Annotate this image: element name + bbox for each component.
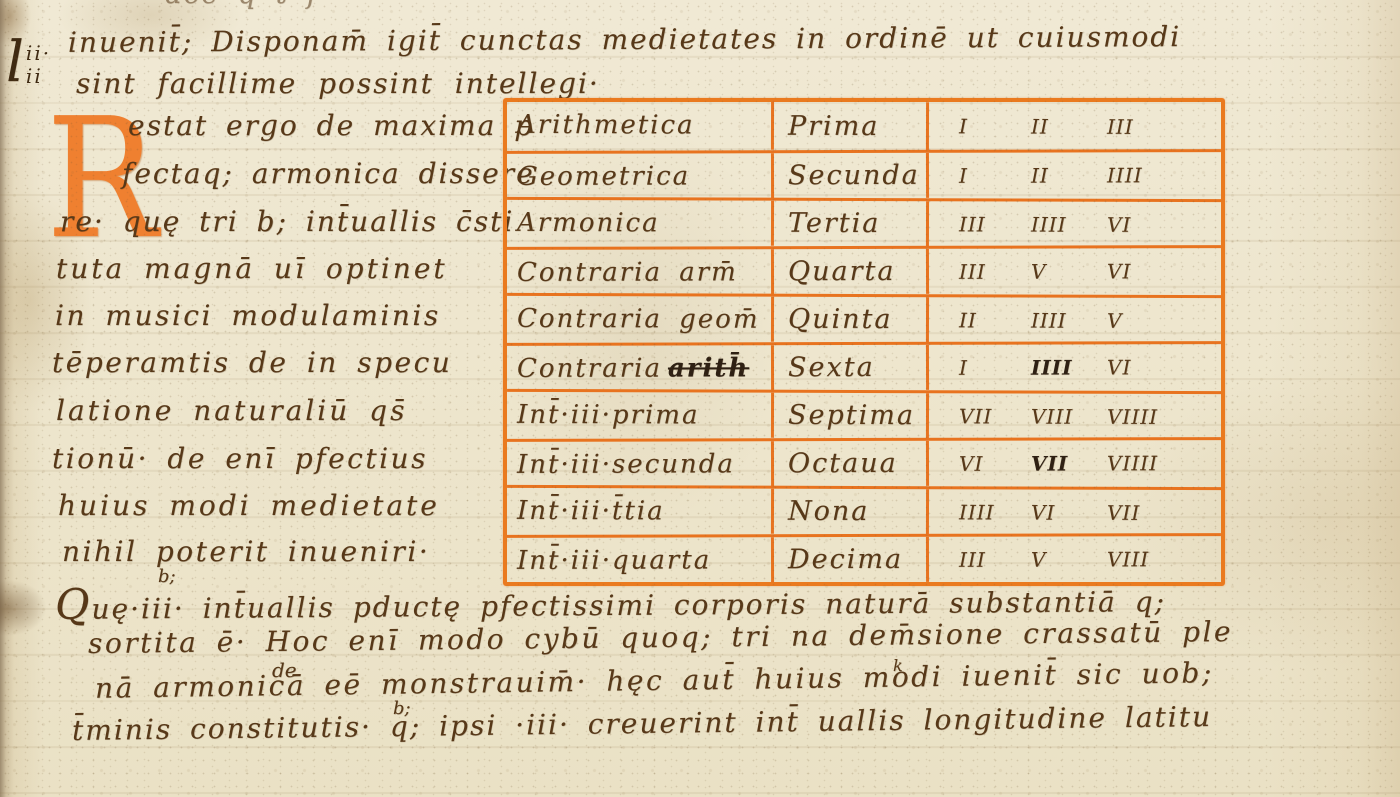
roman-numeral: VIII <box>1031 404 1073 428</box>
manuscript-page: ace q̄ t ſ l ii· ii inuenit̄; Disponam̄ … <box>0 0 1400 797</box>
header-line: inuenit̄; Disponam̄ igit̄ cunctas mediet… <box>68 23 1181 57</box>
table-row: Contraria arm̄ Quarta III V VI <box>507 245 1221 295</box>
roman-numeral: VI <box>1107 259 1131 283</box>
roman-numeral: VII <box>959 404 992 428</box>
ordinal-cell: Secunda <box>771 153 926 198</box>
margin-note-initial: l <box>6 38 24 88</box>
crossed-out-word: arith̄ <box>668 353 749 383</box>
roman-numeral: IIII <box>1031 212 1067 236</box>
body-line: in musici modulaminis <box>55 302 441 330</box>
body-line: estat ergo de maxima p <box>128 112 534 140</box>
numbers-cell: III V VI <box>926 248 1221 294</box>
interlinear-note: de <box>272 658 297 682</box>
roman-numeral: VI <box>1031 500 1055 524</box>
roman-numeral: III <box>1107 115 1134 139</box>
ordinal-cell: Octaua <box>771 441 926 486</box>
interlinear-note: b; <box>393 698 411 719</box>
interlinear-note: k <box>893 656 903 675</box>
mediety-name-cell: Geometrica <box>507 153 771 199</box>
numbers-cell: I IIII VI <box>926 344 1221 390</box>
roman-numeral: II <box>959 308 977 332</box>
table-row: Armonica Tertia III IIII VI <box>507 197 1221 247</box>
mediety-name-cell: Int̄·iii·secunda <box>507 441 771 487</box>
table-row: Int̄·iii·secunda Octaua VI VII VIIII <box>507 437 1221 487</box>
mediety-name-cell: Int̄·iii·t̄tia <box>507 488 771 534</box>
ordinal-cell: Tertia <box>771 201 926 246</box>
roman-numeral: I <box>959 355 968 379</box>
roman-numeral: IIII <box>1107 163 1143 187</box>
medieties-table: Arithmetica Prima I II III Geometrica Se… <box>503 98 1225 586</box>
roman-numeral: VIIII <box>1107 451 1158 475</box>
numbers-cell: II IIII V <box>926 297 1221 343</box>
numbers-cell: III V VIII <box>926 536 1221 582</box>
roman-numeral: VII <box>1031 451 1068 475</box>
ordinal-cell: Decima <box>771 537 926 582</box>
footer-line: nā armonicā eē monstrauim̄· hęc aut̄ hui… <box>95 659 1214 703</box>
margin-note-top: ii· <box>26 42 51 65</box>
ordinal-cell: Quinta <box>771 297 926 342</box>
roman-numeral: V <box>1031 259 1047 283</box>
roman-numeral: V <box>1031 547 1047 571</box>
body-line: tionū· de enī pfectius <box>52 445 428 473</box>
roman-numeral: VII <box>1107 500 1140 524</box>
numbers-cell: III IIII VI <box>926 201 1221 247</box>
table-row: Int̄·iii·t̄tia Nona IIII VI VII <box>507 485 1221 535</box>
roman-numeral: IIII <box>1031 355 1072 379</box>
roman-numeral: VIIII <box>1107 404 1158 428</box>
roman-numeral: III <box>959 259 986 283</box>
body-line: re· quę tri b; int̄uallis c̄sti <box>60 208 514 236</box>
body-line: tēperamtis de in specu <box>52 349 452 377</box>
mediety-name-cell: Int̄·iii·quarta <box>507 537 771 583</box>
numbers-cell: I II III <box>926 102 1221 151</box>
numbers-cell: IIII VI VII <box>926 489 1221 535</box>
roman-numeral: V <box>1107 308 1123 332</box>
roman-numeral: I <box>959 114 968 138</box>
mediety-name-cell: Int̄·iii·prima <box>507 392 771 438</box>
body-line: tuta magnā uī optinet <box>56 255 448 283</box>
table-row: Int̄·iii·prima Septima VII VIII VIIII <box>507 389 1221 439</box>
table-row: Geometrica Secunda I II IIII <box>507 149 1221 199</box>
roman-numeral: III <box>959 212 986 236</box>
roman-numeral: VI <box>959 451 983 475</box>
mediety-name-cell: Contraria geom̄ <box>507 296 771 342</box>
numbers-cell: I II IIII <box>926 152 1221 198</box>
ordinal-cell: Quarta <box>771 249 926 294</box>
numbers-cell: VII VIII VIIII <box>926 393 1221 439</box>
roman-numeral: IIII <box>1031 308 1067 332</box>
body-line: nihil poterit inueniri· <box>62 538 430 566</box>
mediety-name-cell: Contraria arm̄ <box>507 249 771 295</box>
body-line: latione naturaliū qs̄ <box>56 397 407 425</box>
ordinal-cell: Sexta <box>771 345 926 390</box>
roman-numeral: III <box>959 547 986 571</box>
roman-numeral: VIII <box>1107 547 1149 571</box>
roman-numeral: I <box>959 163 968 187</box>
roman-numeral: VI <box>1107 212 1131 236</box>
body-line: fectaq; armonica dissere <box>122 160 535 188</box>
table-row: Contraria geom̄ Quinta II IIII V <box>507 293 1221 343</box>
table-row: Int̄·iii·quarta Decima III V VIII <box>507 533 1221 583</box>
interlinear-note: b; <box>158 566 176 587</box>
mediety-name-cell: Contraria arith̄ <box>507 345 771 391</box>
roman-numeral: II <box>1031 115 1049 139</box>
top-line-fragment: ace q̄ t ſ <box>165 0 319 8</box>
ordinal-cell: Nona <box>771 489 926 534</box>
ordinal-cell: Septima <box>771 393 926 438</box>
mediety-name-cell: Arithmetica <box>507 101 771 150</box>
mediety-name-cell: Armonica <box>507 200 771 246</box>
roman-numeral: IIII <box>959 500 995 524</box>
table-row: Contraria arith̄ Sexta I IIII VI <box>507 341 1221 391</box>
numbers-cell: VI VII VIIII <box>926 440 1221 486</box>
table-row: Arithmetica Prima I II III <box>507 101 1221 151</box>
roman-numeral: II <box>1031 163 1049 187</box>
ordinal-cell: Prima <box>771 102 926 150</box>
margin-note: l ii· ii <box>6 38 51 88</box>
footer-line: t̄minis constitutis· q; ipsi ·iii· creue… <box>72 703 1212 745</box>
roman-numeral: VI <box>1107 355 1131 379</box>
body-line: huius modi medietate <box>58 492 440 520</box>
